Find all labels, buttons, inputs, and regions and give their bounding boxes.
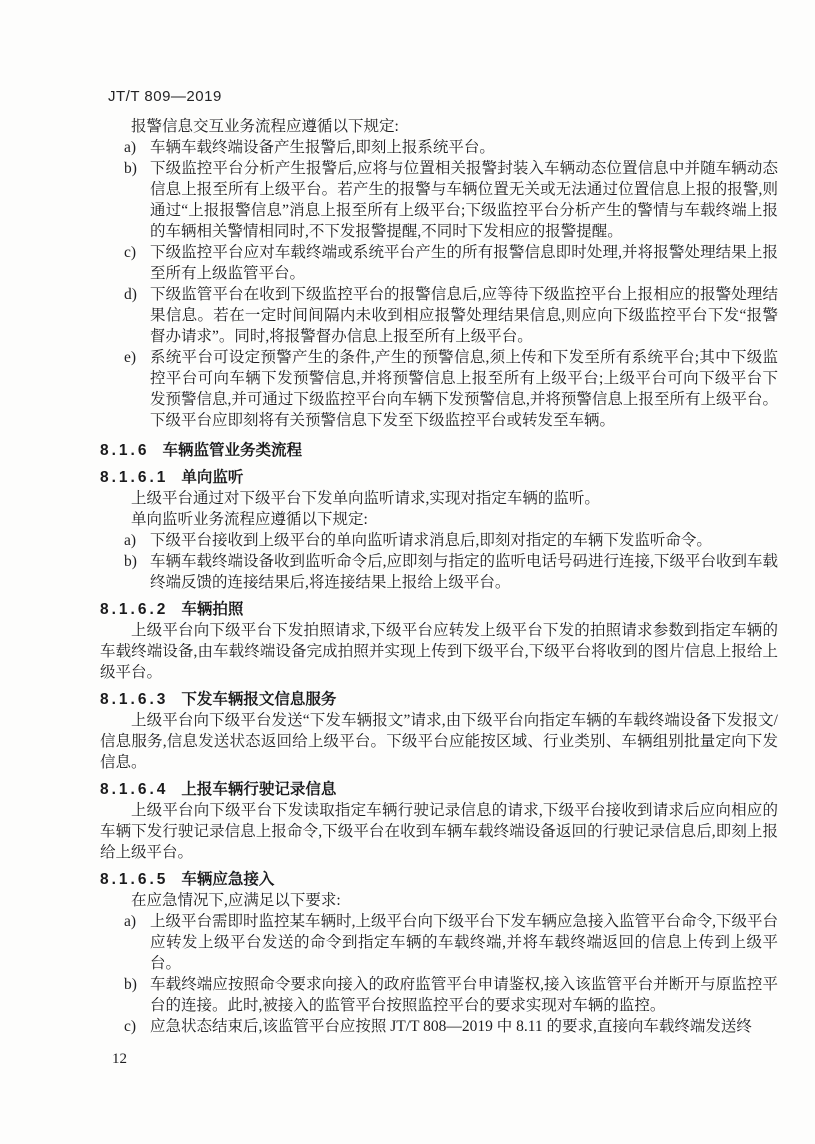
list-item-text: 下级监管平台在收到下级监控平台的报警信息后,应等待下级监控平台上报相应的报警处理… — [150, 286, 778, 345]
emergency-intro-paragraph: 在应急情况下,应满足以下要求: — [100, 890, 778, 911]
alarm-flow-item-d: d) 下级监管平台在收到下级监控平台的报警信息后,应等待下级监控平台上报相应的报… — [100, 284, 778, 347]
list-marker: b) — [124, 158, 137, 179]
emergency-item-a: a) 上级平台需即时监控某车辆时,上级平台向下级平台下发车辆应急接入监管平台命令… — [100, 911, 778, 974]
alarm-flow-intro-paragraph: 报警信息交互业务流程应遵循以下规定: — [100, 116, 778, 137]
section-8-1-6-5-heading: 8.1.6.5车辆应急接入 — [100, 869, 778, 890]
listen-item-a: a) 下级平台接收到上级平台的单向监听请求消息后,即刻对指定的车辆下发监听命令。 — [100, 530, 778, 551]
listen-intro-paragraph: 上级平台通过对下级平台下发单向监听请求,实现对指定车辆的监听。 — [100, 488, 778, 509]
list-marker: a) — [124, 911, 136, 932]
list-item-text: 下级监控平台分析产生报警后,应将与位置相关报警封装入车辆动态位置信息中并随车辆动… — [150, 160, 778, 240]
list-marker: c) — [124, 242, 136, 263]
page-content: 报警信息交互业务流程应遵循以下规定: a) 车辆车载终端设备产生报警后,即刻上报… — [100, 116, 778, 1070]
driving-record-paragraph: 上级平台向下级平台下发读取指定车辆行驶记录信息的请求,下级平台接收到请求后应向相… — [100, 800, 778, 863]
section-8-1-6-4-heading: 8.1.6.4上报车辆行驶记录信息 — [100, 779, 778, 800]
list-marker: a) — [124, 530, 136, 551]
alarm-flow-item-c: c) 下级监控平台应对车载终端或系统平台产生的所有报警信息即时处理,并将报警处理… — [100, 242, 778, 284]
emergency-item-c: c) 应急状态结束后,该监管平台应按照 JT/T 808—2019 中 8.11… — [100, 1016, 778, 1037]
alarm-flow-item-b: b) 下级监控平台分析产生报警后,应将与位置相关报警封装入车辆动态位置信息中并随… — [100, 158, 778, 242]
section-number: 8.1.6.2 — [100, 601, 168, 618]
list-item-text: 车载终端应按照命令要求向接入的政府监管平台申请鉴权,接入该监管平台并断开与原监控… — [150, 976, 778, 1014]
list-marker: b) — [124, 551, 137, 572]
list-item-text: 下级平台接收到上级平台的单向监听请求消息后,即刻对指定的车辆下发监听命令。 — [150, 532, 712, 549]
section-8-1-6-3-heading: 8.1.6.3下发车辆报文信息服务 — [100, 689, 778, 710]
list-item-text: 应急状态结束后,该监管平台应按照 JT/T 808—2019 中 8.11 的要… — [150, 1018, 752, 1035]
page-number: 12 — [112, 1049, 778, 1070]
list-item-text: 上级平台需即时监控某车辆时,上级平台向下级平台下发车辆应急接入监管平台命令,下级… — [150, 913, 778, 972]
document-page: JT/T 809—2019 报警信息交互业务流程应遵循以下规定: a) 车辆车载… — [0, 0, 815, 1144]
list-marker: a) — [124, 137, 136, 158]
list-marker: d) — [124, 284, 137, 305]
section-number: 8.1.6.4 — [100, 781, 168, 798]
photo-paragraph: 上级平台向下级平台下发拍照请求,下级平台应转发上级平台下发的拍照请求参数到指定车… — [100, 620, 778, 683]
section-title: 车辆监管业务类流程 — [162, 442, 302, 459]
emergency-item-b: b) 车载终端应按照命令要求向接入的政府监管平台申请鉴权,接入该监管平台并断开与… — [100, 974, 778, 1016]
section-number: 8.1.6.1 — [100, 469, 168, 486]
section-number: 8.1.6.5 — [100, 871, 168, 888]
section-title: 下发车辆报文信息服务 — [181, 691, 336, 708]
section-number: 8.1.6 — [100, 442, 149, 459]
section-number: 8.1.6.3 — [100, 691, 168, 708]
section-8-1-6-2-heading: 8.1.6.2车辆拍照 — [100, 599, 778, 620]
section-title: 单向监听 — [181, 469, 243, 486]
list-item-text: 车辆车载终端设备收到监听命令后,应即刻与指定的监听电话号码进行连接,下级平台收到… — [150, 553, 778, 591]
message-service-paragraph: 上级平台向下级平台发送“下发车辆报文”请求,由下级平台向指定车辆的车载终端设备下… — [100, 710, 778, 773]
list-item-text: 车辆车载终端设备产生报警后,即刻上报系统平台。 — [150, 139, 495, 156]
list-item-text: 下级监控平台应对车载终端或系统平台产生的所有报警信息即时处理,并将报警处理结果上… — [150, 244, 778, 282]
section-8-1-6-heading: 8.1.6车辆监管业务类流程 — [100, 440, 778, 461]
alarm-flow-item-a: a) 车辆车载终端设备产生报警后,即刻上报系统平台。 — [100, 137, 778, 158]
listen-item-b: b) 车辆车载终端设备收到监听命令后,应即刻与指定的监听电话号码进行连接,下级平… — [100, 551, 778, 593]
section-title: 车辆拍照 — [181, 601, 243, 618]
running-header: JT/T 809—2019 — [108, 86, 222, 107]
list-marker: e) — [124, 347, 136, 368]
alarm-flow-item-e: e) 系统平台可设定预警产生的条件,产生的预警信息,须上传和下发至所有系统平台;… — [100, 347, 778, 431]
list-marker: c) — [124, 1016, 136, 1037]
list-marker: b) — [124, 974, 137, 995]
section-8-1-6-1-heading: 8.1.6.1单向监听 — [100, 467, 778, 488]
list-item-text: 系统平台可设定预警产生的条件,产生的预警信息,须上传和下发至所有系统平台;其中下… — [150, 349, 778, 429]
section-title: 车辆应急接入 — [181, 871, 274, 888]
listen-rules-paragraph: 单向监听业务流程应遵循以下规定: — [100, 509, 778, 530]
section-title: 上报车辆行驶记录信息 — [181, 781, 336, 798]
